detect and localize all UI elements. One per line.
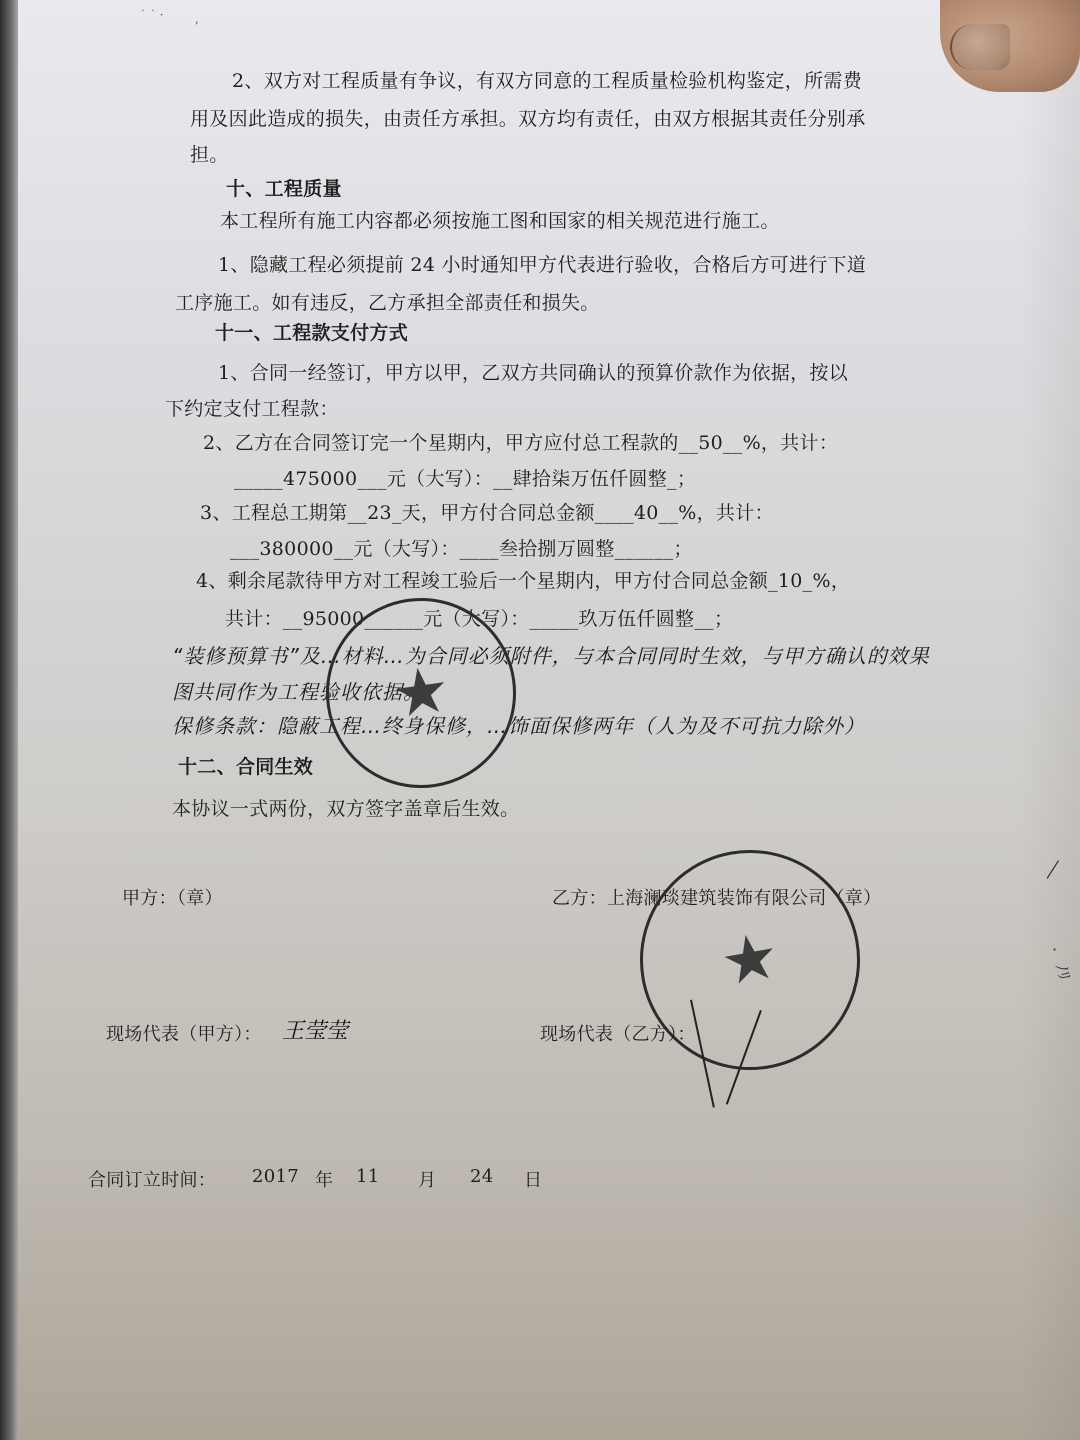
- star-icon: ★: [388, 657, 454, 728]
- clause-text: 本协议一式两份，双方签字盖章后生效。: [172, 794, 519, 821]
- date-day: 24: [470, 1166, 494, 1187]
- handwritten-note: “装修预算书”及…材料…为合同必须附件，与本合同同时生效，与甲方确认的效果: [172, 640, 930, 669]
- payment-amount: _____475000___元（大写）：__肆拾柒万伍仟圆整_；: [234, 464, 696, 491]
- speckle-mark: ˙ ˙ ·: [140, 8, 163, 22]
- clause-text: 1、隐藏工程必须提前 24 小时通知甲方代表进行验收，合格后方可进行下道: [218, 250, 866, 277]
- payment-clause: 4、剩余尾款待甲方对工程竣工验后一个星期内，甲方付合同总金额_10_%，: [196, 566, 850, 593]
- date-month: 11: [356, 1166, 380, 1187]
- clause-text: 用及因此造成的损失，由责任方承担。双方均有责任，由双方根据其责任分别承: [190, 104, 866, 131]
- thumbnail-image: [950, 24, 1010, 70]
- rep-a-signature: 王莹莹: [282, 1014, 348, 1045]
- star-icon: ★: [716, 924, 784, 997]
- clause-text: 1、合同一经签订，甲方以甲，乙双方共同确认的预算价款作为依据，按以: [218, 358, 848, 385]
- clause-text: 担。: [190, 140, 229, 167]
- clause-text: 本工程所有施工内容都必须按施工图和国家的相关规范进行施工。: [220, 206, 780, 233]
- section-heading: 十二、合同生效: [178, 752, 313, 779]
- date-label: 合同订立时间：: [88, 1166, 216, 1192]
- clause-text: 工序施工。如有违反，乙方承担全部责任和损失。: [175, 288, 600, 315]
- date-year: 2017: [252, 1166, 299, 1187]
- payment-clause: 3、工程总工期第__23_天，甲方付合同总金额____40__%，共计：: [200, 498, 774, 525]
- page-shadow: [1020, 40, 1080, 1440]
- date-year-unit: 年: [315, 1166, 333, 1192]
- handwritten-note: 保修条款：隐蔽工程…终身保修，…饰面保修两年（人为及不可抗力除外）: [172, 710, 865, 739]
- speckle-mark: ,: [195, 12, 199, 26]
- clause-text: 下约定支付工程款：: [165, 394, 339, 421]
- party-a-label: 甲方：（章）: [122, 884, 223, 910]
- background-edge: [0, 0, 18, 1440]
- payment-clause: 2、乙方在合同签订完一个星期内，甲方应付总工程款的__50__%，共计：: [203, 428, 838, 455]
- date-month-unit: 月: [418, 1166, 436, 1192]
- clause-text: 2、双方对工程质量有争议，有双方同意的工程质量检验机构鉴定，所需费: [232, 66, 862, 93]
- section-heading: 十、工程质量: [226, 174, 342, 201]
- edge-mark: ·: [1052, 940, 1057, 959]
- rep-b-label: 现场代表（乙方）：: [540, 1020, 696, 1046]
- rep-a-label: 现场代表（甲方）：: [106, 1020, 262, 1046]
- payment-amount: ___380000__元（大写）：____叁拾捌万圆整______；: [230, 534, 693, 561]
- date-day-unit: 日: [524, 1166, 542, 1192]
- section-heading: 十一、工程款支付方式: [215, 318, 408, 345]
